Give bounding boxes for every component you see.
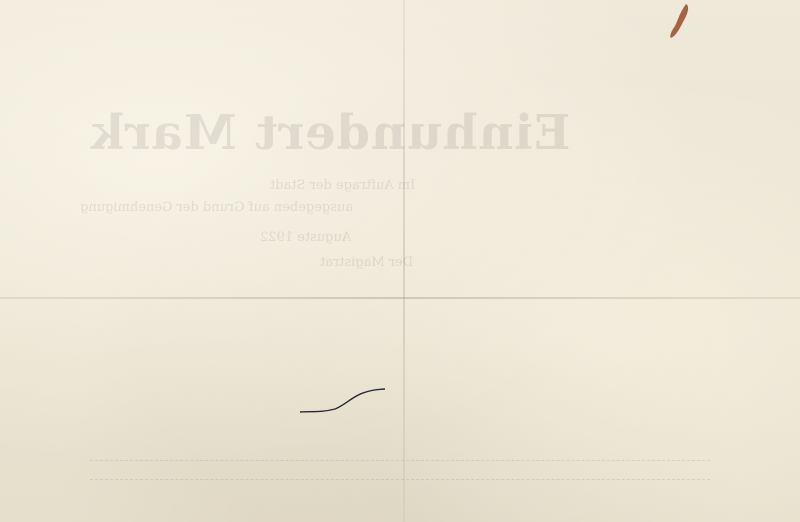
- bleed-through-title: Einhundert Mark: [90, 105, 570, 161]
- pen-mark-icon: [290, 385, 390, 420]
- bleed-through-line: Der Magistrat: [320, 255, 413, 270]
- bleed-through-line: Auguste 1922: [260, 230, 351, 245]
- printed-border-band: [90, 460, 710, 480]
- horizontal-fold: [0, 297, 800, 299]
- bleed-through-line: ausgegeben auf Grund der Genehmigung: [80, 200, 353, 215]
- aged-paper: Einhundert Mark Im Auftrage der Stadt au…: [0, 0, 800, 522]
- rust-stain-icon: [668, 2, 692, 40]
- bleed-through-line: Im Auftrage der Stadt: [270, 178, 415, 193]
